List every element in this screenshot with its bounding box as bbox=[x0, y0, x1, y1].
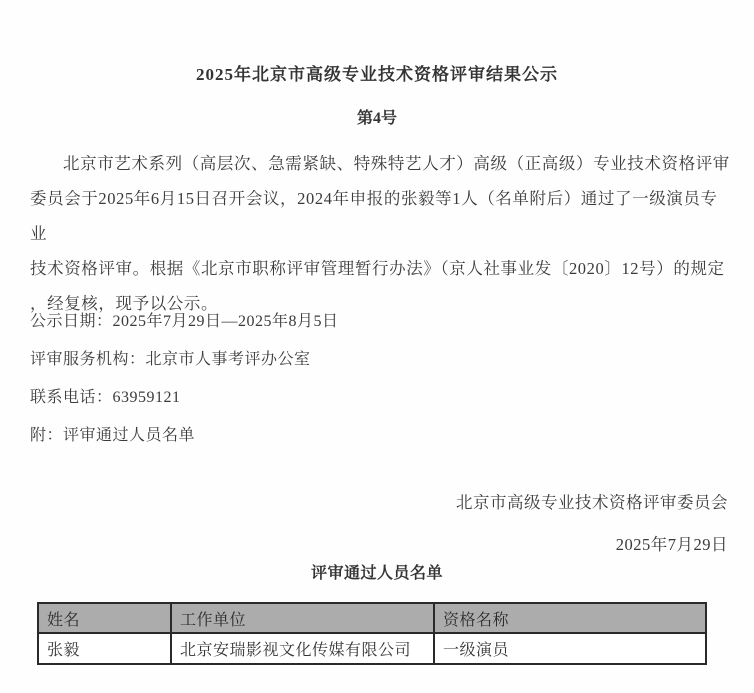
cell-work-unit: 北京安瑞影视文化传媒有限公司 bbox=[171, 633, 434, 664]
table-title: 评审通过人员名单 bbox=[0, 560, 754, 583]
body-paragraph: 北京市艺术系列（高层次、急需紧缺、特殊特艺人才）高级（正高级）专业技术资格评审 … bbox=[30, 146, 730, 321]
signature-block: 北京市高级专业技术资格评审委员会 2025年7月29日 bbox=[30, 482, 728, 566]
paragraph-line: 技术资格评审。根据《北京市职称评审管理暂行办法》（京人社事业发〔2020〕12号… bbox=[30, 251, 730, 286]
paragraph-line: 委员会于2025年6月15日召开会议，2024年申报的张毅等1人（名单附后）通过… bbox=[30, 181, 730, 251]
announcement-document: 2025年北京市高级专业技术资格评审结果公示 第4号 北京市艺术系列（高层次、急… bbox=[0, 0, 754, 693]
header-cell-work-unit: 工作单位 bbox=[171, 603, 434, 633]
document-title: 2025年北京市高级专业技术资格评审结果公示 bbox=[0, 60, 754, 85]
table-row: 张毅 北京安瑞影视文化传媒有限公司 一级演员 bbox=[38, 633, 706, 664]
document-number: 第4号 bbox=[0, 105, 754, 128]
cell-qualification: 一级演员 bbox=[434, 633, 706, 664]
attachment-note-line: 附：评审通过人员名单 bbox=[30, 417, 730, 455]
review-agency-line: 评审服务机构：北京市人事考评办公室 bbox=[30, 341, 730, 379]
contact-phone-line: 联系电话：63959121 bbox=[30, 379, 730, 417]
paragraph-line: 北京市艺术系列（高层次、急需紧缺、特殊特艺人才）高级（正高级）专业技术资格评审 bbox=[30, 146, 730, 181]
meta-info-block: 公示日期：2025年7月29日—2025年8月5日 评审服务机构：北京市人事考评… bbox=[30, 303, 730, 455]
results-table: 姓名 工作单位 资格名称 张毅 北京安瑞影视文化传媒有限公司 一级演员 bbox=[37, 602, 707, 665]
header-cell-qualification: 资格名称 bbox=[434, 603, 706, 633]
publicity-period-line: 公示日期：2025年7月29日—2025年8月5日 bbox=[30, 303, 730, 341]
header-cell-name: 姓名 bbox=[38, 603, 171, 633]
table-header-row: 姓名 工作单位 资格名称 bbox=[38, 603, 706, 633]
signature-committee: 北京市高级专业技术资格评审委员会 bbox=[30, 482, 728, 524]
cell-name: 张毅 bbox=[38, 633, 171, 664]
